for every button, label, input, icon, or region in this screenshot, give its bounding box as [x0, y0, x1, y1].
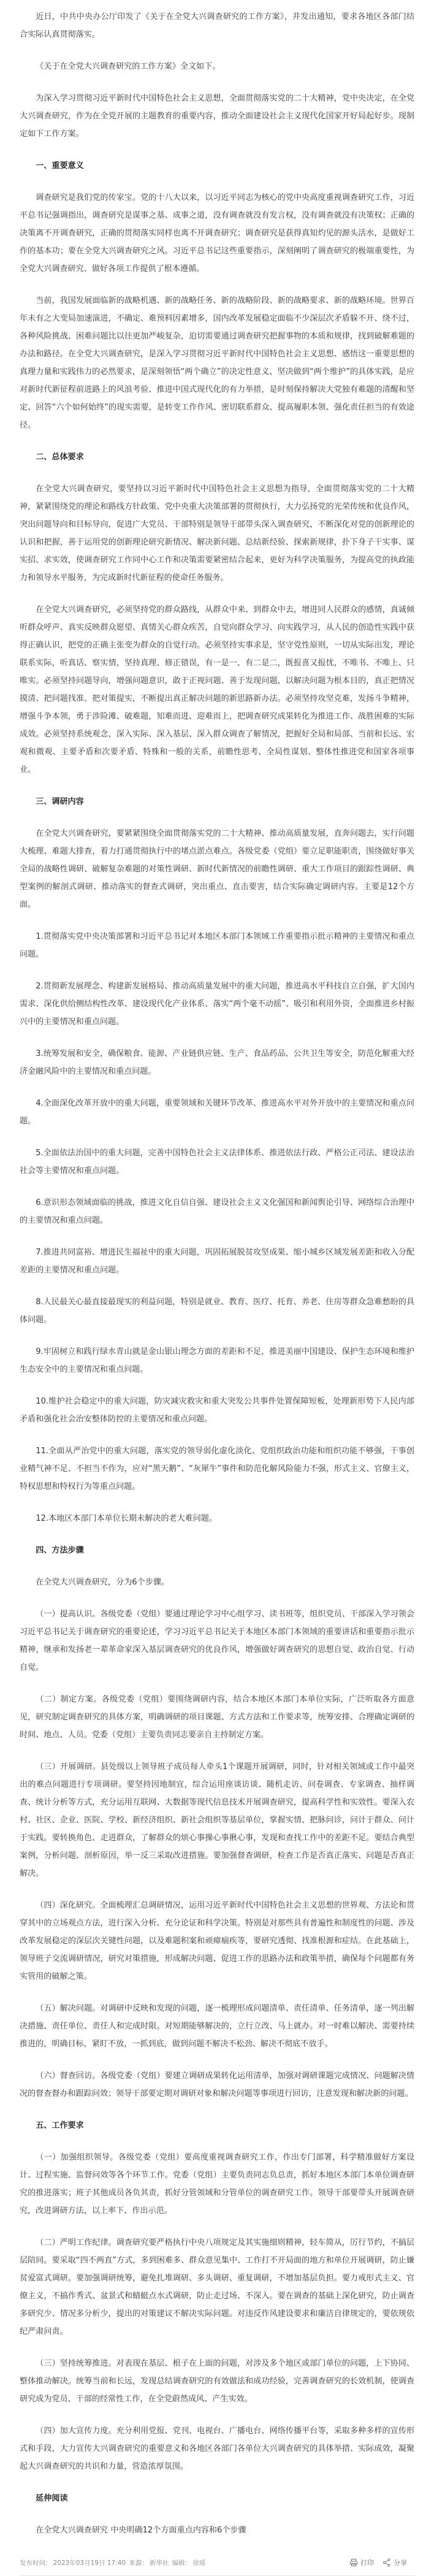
- editor: 徐瑶: [192, 2559, 205, 2567]
- intro-paragraph: 近日，中共中央办公厅印发了《关于在全党大兴调查研究的工作方案》，并发出通知，要求…: [20, 8, 414, 44]
- list-item: 4.全面深化改革开放中的重大问题，重要领域和关键环节改革、推进高水平对外开放中的…: [20, 1095, 414, 1130]
- list-item: 10.维护社会稳定中的重大问题，防灾减灾救灾和重大突发公共事件处置保障短板，处理…: [20, 1393, 414, 1428]
- list-item: 5.全面依法治国中的重大问题，完善中国特色社会主义法律体系、推进依法行政、严格公…: [20, 1144, 414, 1180]
- step-paragraph: （四）深化研究。全面梳理汇总调研情况，运用习近平新时代中国特色社会主义思想的世界…: [20, 1897, 414, 1986]
- list-item: 6.意识形态领域面临的挑战，推进文化自信自强、建设社会主义文化强国和新闻舆论引导…: [20, 1194, 414, 1229]
- section-heading: 二、总体要求: [20, 448, 414, 466]
- step-paragraph: （三）开展调研。县处级以上领导班子成员每人牵头1个课题开展调研，同时，针对相关领…: [20, 1758, 414, 1882]
- list-item: 1.贯彻落实党中央决策部署和习近平总书记对本地区本部门本领域工作重要指示批示精神…: [20, 928, 414, 963]
- editor-label: 编辑：: [172, 2559, 192, 2567]
- related-reading-heading: 延伸阅读: [20, 2490, 414, 2507]
- source-label: 来源：: [129, 2559, 148, 2567]
- step-paragraph: （六）督查回访。各级党委（党组）要建立调研成果转化运用清单，加强对调研课题完成情…: [20, 2067, 414, 2103]
- step-paragraph: （五）解决问题。对调研中反映和发现的问题，逐一梳理形成问题清单、责任清单、任务清…: [20, 2000, 414, 2053]
- list-item: 12.本地区本部门本单位长期未解决的老大难问题。: [20, 1510, 414, 1527]
- publish-time-label: 发布时间：: [20, 2559, 52, 2567]
- source: 新华社: [150, 2559, 169, 2567]
- intro-paragraph: 《关于在全党大兴调查研究的工作方案》全文如下。: [20, 58, 414, 75]
- intro-paragraph: 为深入学习贯彻习近平新时代中国特色社会主义思想，全面贯彻落实党的二十大精神，党中…: [20, 90, 414, 143]
- paragraph: 在全党大兴调查研究，要紧紧围绕全面贯彻落实党的二十大精神、推动高质量发展，直奔问…: [20, 825, 414, 914]
- list-item: 2.贯彻新发展理念、构建新发展格局、推动高质量发展中的重大问题，推进高水平科技自…: [20, 977, 414, 1031]
- step-paragraph: （二）制定方案。各级党委（党组）要围绕调研内容，结合本地区本部门本单位实际，广泛…: [20, 1691, 414, 1744]
- section-heading: 三、调研内容: [20, 793, 414, 811]
- list-item: 9.牢固树立和践行绿水青山就是金山银山理念方面的差距和不足，推进美丽中国建设、保…: [20, 1343, 414, 1378]
- section-heading: 一、重要意义: [20, 157, 414, 175]
- related-reading-item: 在全党大兴调查研究 中央明确12个方面重点内容和6个步骤: [20, 2521, 414, 2539]
- share-icon: [383, 2558, 391, 2567]
- list-item: 8.人民最关心最直接最现实的利益问题，特别是就业、教育、医疗、托育、养老、住房等…: [20, 1293, 414, 1329]
- list-item: 7.推进共同富裕、增进民生福祉中的重大问题，巩固拓展脱贫攻坚成果、缩小城乡区域发…: [20, 1244, 414, 1279]
- requirement-paragraph: （三）坚持统筹推进。对表现在基层、根子在上面的问题，对涉及多个地区或部门单位的问…: [20, 2355, 414, 2408]
- publish-meta: 发布时间：2023年03月19日 17:40 来源：新华社 编辑：徐瑶: [20, 2558, 207, 2567]
- print-button[interactable]: 打印: [349, 2558, 374, 2567]
- section-heading: 五、工作要求: [20, 2117, 414, 2135]
- requirement-paragraph: （一）加强组织领导。各级党委（党组）要高度重视调查研究工作，作出专门部署，科学精…: [20, 2149, 414, 2220]
- share-label: 分享: [394, 2558, 407, 2567]
- print-label: 打印: [360, 2558, 374, 2567]
- list-item: 11.全面从严治党中的重大问题，落实党的领导弱化虚化淡化、党组织政治功能和组织功…: [20, 1442, 414, 1496]
- paragraph: 在全党大兴调查研究，分为6个步骤。: [20, 1573, 414, 1591]
- article-tools: 打印 分享: [349, 2558, 407, 2567]
- step-paragraph: （一）提高认识。各级党委（党组）要通过理论学习中心组学习、读书班等，组织党员、干…: [20, 1605, 414, 1676]
- requirement-paragraph: （二）严明工作纪律。调查研究要严格执行中央八项规定及其实施细则精神，轻车简从，厉…: [20, 2234, 414, 2341]
- paragraph: 当前，我国发展面临新的战略机遇、新的战略任务、新的战略阶段、新的战略要求、新的战…: [20, 292, 414, 434]
- paragraph: 在全党大兴调查研究，必须坚持党的群众路线，从群众中来、到群众中去，增进同人民群众…: [20, 601, 414, 779]
- publish-time: 2023年03月19日 17:40: [53, 2559, 126, 2567]
- list-item: 3.统筹发展和安全，确保粮食、能源、产业链供应链、生产、食品药品、公共卫生等安全…: [20, 1045, 414, 1080]
- article-body: 近日，中共中央办公厅印发了《关于在全党大兴调查研究的工作方案》，并发出通知，要求…: [0, 0, 423, 2576]
- printer-icon: [349, 2558, 358, 2567]
- requirement-paragraph: （四）加大宣传力度。充分利用党报、党刊、电视台、广播电台、网络传播平台等，采取多…: [20, 2422, 414, 2475]
- related-reading-link[interactable]: 在全党大兴调查研究 中央明确12个方面重点内容和6个步骤: [36, 2526, 246, 2535]
- section-heading: 四、方法步骤: [20, 1542, 414, 1559]
- article-footer: 发布时间：2023年03月19日 17:40 来源：新华社 编辑：徐瑶 打印: [20, 2553, 414, 2572]
- paragraph: 调查研究是我们党的传家宝。党的十八大以来，以习近平同志为核心的党中央高度重视调查…: [20, 189, 414, 278]
- paragraph: 在全党大兴调查研究，要坚持以习近平新时代中国特色社会主义思想为指导，全面贯彻落实…: [20, 480, 414, 587]
- share-button[interactable]: 分享: [383, 2558, 407, 2567]
